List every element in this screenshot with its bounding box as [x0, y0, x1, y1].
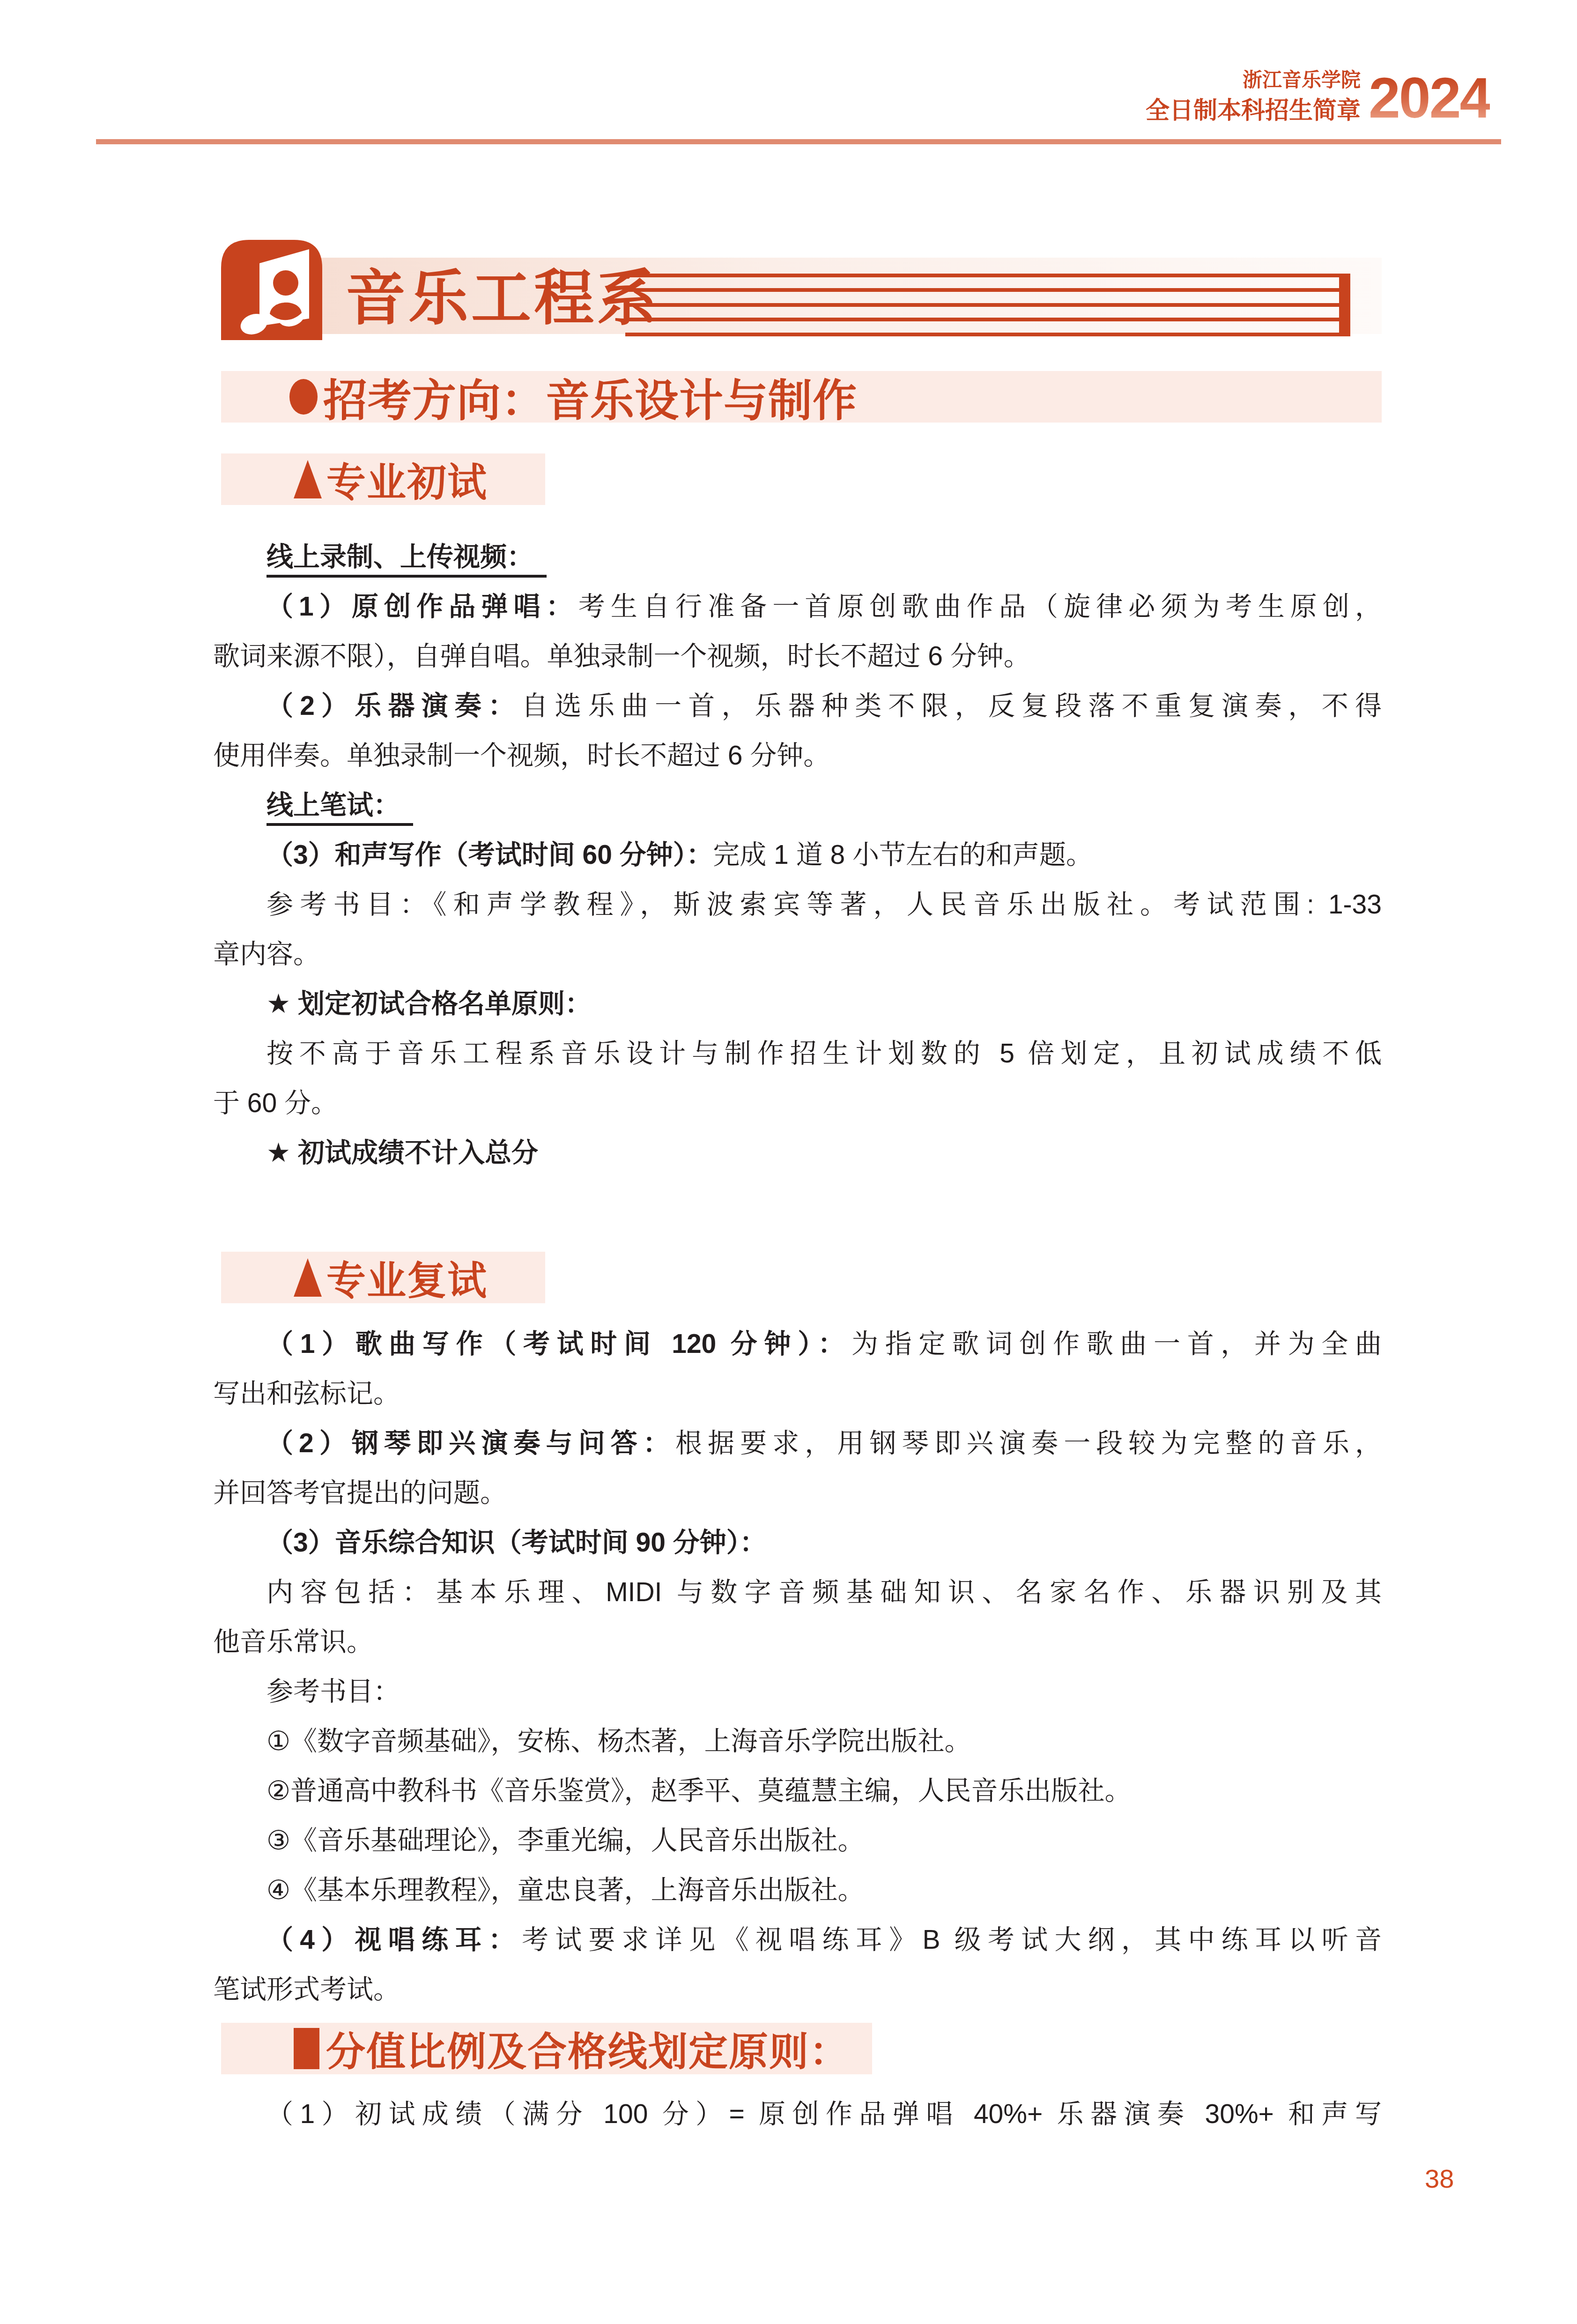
staff-line	[625, 288, 1350, 292]
text-line: ①《数字音频基础》，安栋、杨杰著，上海音乐学院出版社。	[213, 1716, 1382, 1766]
text-line: （4）视唱练耳：考试要求详见《视唱练耳》B 级考试大纲，其中练耳以听音	[213, 1915, 1382, 1965]
text-line: 笔试形式考试。	[213, 1965, 1382, 2014]
text-line: （2）钢琴即兴演奏与问答：根据要求，用钢琴即兴演奏一段较为完整的音乐，	[213, 1418, 1382, 1468]
staff-line	[625, 333, 1350, 336]
text-line: 参考书目：《和声学教程》，斯波索宾等著，人民音乐出版社。考试范围: 1-33	[213, 880, 1382, 929]
text-line: 使用伴奏。单独录制一个视频，时长不超过 6 分钟。	[213, 731, 1382, 780]
underlined-heading: 线上笔试：	[267, 790, 413, 826]
text-line: ③《音乐基础理论》，李重光编，人民音乐出版社。	[213, 1816, 1382, 1865]
text-line: （3）音乐综合知识（考试时间 90 分钟）：	[213, 1518, 1382, 1567]
page-number: 38	[1425, 2163, 1454, 2194]
direction-header-bar: 招考方向：音乐设计与制作	[221, 371, 1382, 423]
square-icon	[294, 2028, 319, 2069]
text-line: （1）原创作品弹唱：考生自行准备一首原创歌曲作品（旋律必须为考生原创，	[213, 582, 1382, 631]
underlined-heading: 线上录制、上传视频：	[267, 542, 547, 578]
brochure-title: 全日制本科招生简章	[1146, 98, 1361, 122]
text-line: （1）歌曲写作（考试时间 120 分钟）：为指定歌词创作歌曲一首，并为全曲	[213, 1319, 1382, 1369]
department-title: 音乐工程系	[346, 260, 659, 337]
section-title-chushi: 专业初试	[326, 451, 488, 508]
page-header: 浙江音乐学院 全日制本科招生简章	[1146, 70, 1361, 122]
section-title-fenzhi: 分值比例及合格线划定原则：	[326, 2020, 850, 2077]
section-header-fenzhi: 分值比例及合格线划定原则：	[221, 2023, 872, 2074]
body-content: 线上录制、上传视频： （1）原创作品弹唱：考生自行准备一首原创歌曲作品（旋律必须…	[213, 532, 1382, 2139]
music-note-icon	[221, 240, 322, 340]
staff-line	[625, 303, 1350, 307]
text-line: 他音乐常识。	[213, 1617, 1382, 1667]
text-line: 歌词来源不限），自弹自唱。单独录制一个视频，时长不超过 6 分钟。	[213, 631, 1382, 681]
year-label: 2024	[1369, 69, 1490, 126]
text-line: ④《基本乐理教程》，童忠良著，上海音乐出版社。	[213, 1865, 1382, 1915]
text-line: 章内容。	[213, 929, 1382, 979]
triangle-icon	[294, 460, 322, 498]
school-name: 浙江音乐学院	[1146, 70, 1361, 90]
direction-label: 招考方向：音乐设计与制作	[323, 365, 857, 429]
triangle-icon	[294, 1258, 322, 1297]
text-line: 线上笔试：	[213, 780, 1382, 830]
text-line: 并回答考官提出的问题。	[213, 1468, 1382, 1518]
text-line: 写出和弦标记。	[213, 1369, 1382, 1418]
text-line: （3）和声写作（考试时间 60 分钟）：完成 1 道 8 小节左右的和声题。	[213, 830, 1382, 880]
text-line: ②普通高中教科书《音乐鉴赏》，赵季平、莫蕴慧主编，人民音乐出版社。	[213, 1766, 1382, 1816]
bullet-dot-icon	[289, 379, 318, 415]
header-rule	[96, 139, 1501, 144]
staff-line	[625, 274, 1350, 277]
section-header-fushi: 专业复试	[221, 1252, 545, 1303]
text-line: 按不高于音乐工程系音乐设计与制作招生计划数的 5 倍划定，且初试成绩不低	[213, 1029, 1382, 1078]
text-line: （1）初试成绩（满分 100 分）= 原创作品弹唱 40%+ 乐器演奏 30%+…	[213, 2089, 1382, 2139]
text-line: 于 60 分。	[213, 1078, 1382, 1128]
section-title-fushi: 专业复试	[326, 1249, 488, 1306]
section-header-chushi: 专业初试	[221, 453, 545, 505]
text-line: 参考书目：	[213, 1667, 1382, 1716]
text-line: （2）乐器演奏：自选乐曲一首，乐器种类不限，反复段落不重复演奏，不得	[213, 681, 1382, 731]
text-line: ★ 初试成绩不计入总分	[213, 1128, 1382, 1178]
music-staff-lines	[625, 274, 1350, 336]
text-line: 内容包括：基本乐理、MIDI 与数字音频基础知识、名家名作、乐器识别及其	[213, 1567, 1382, 1617]
staff-end-bar	[1339, 274, 1350, 336]
text-line: ★ 划定初试合格名单原则：	[213, 979, 1382, 1029]
text-line: 线上录制、上传视频：	[213, 532, 1382, 582]
staff-line	[625, 318, 1350, 321]
